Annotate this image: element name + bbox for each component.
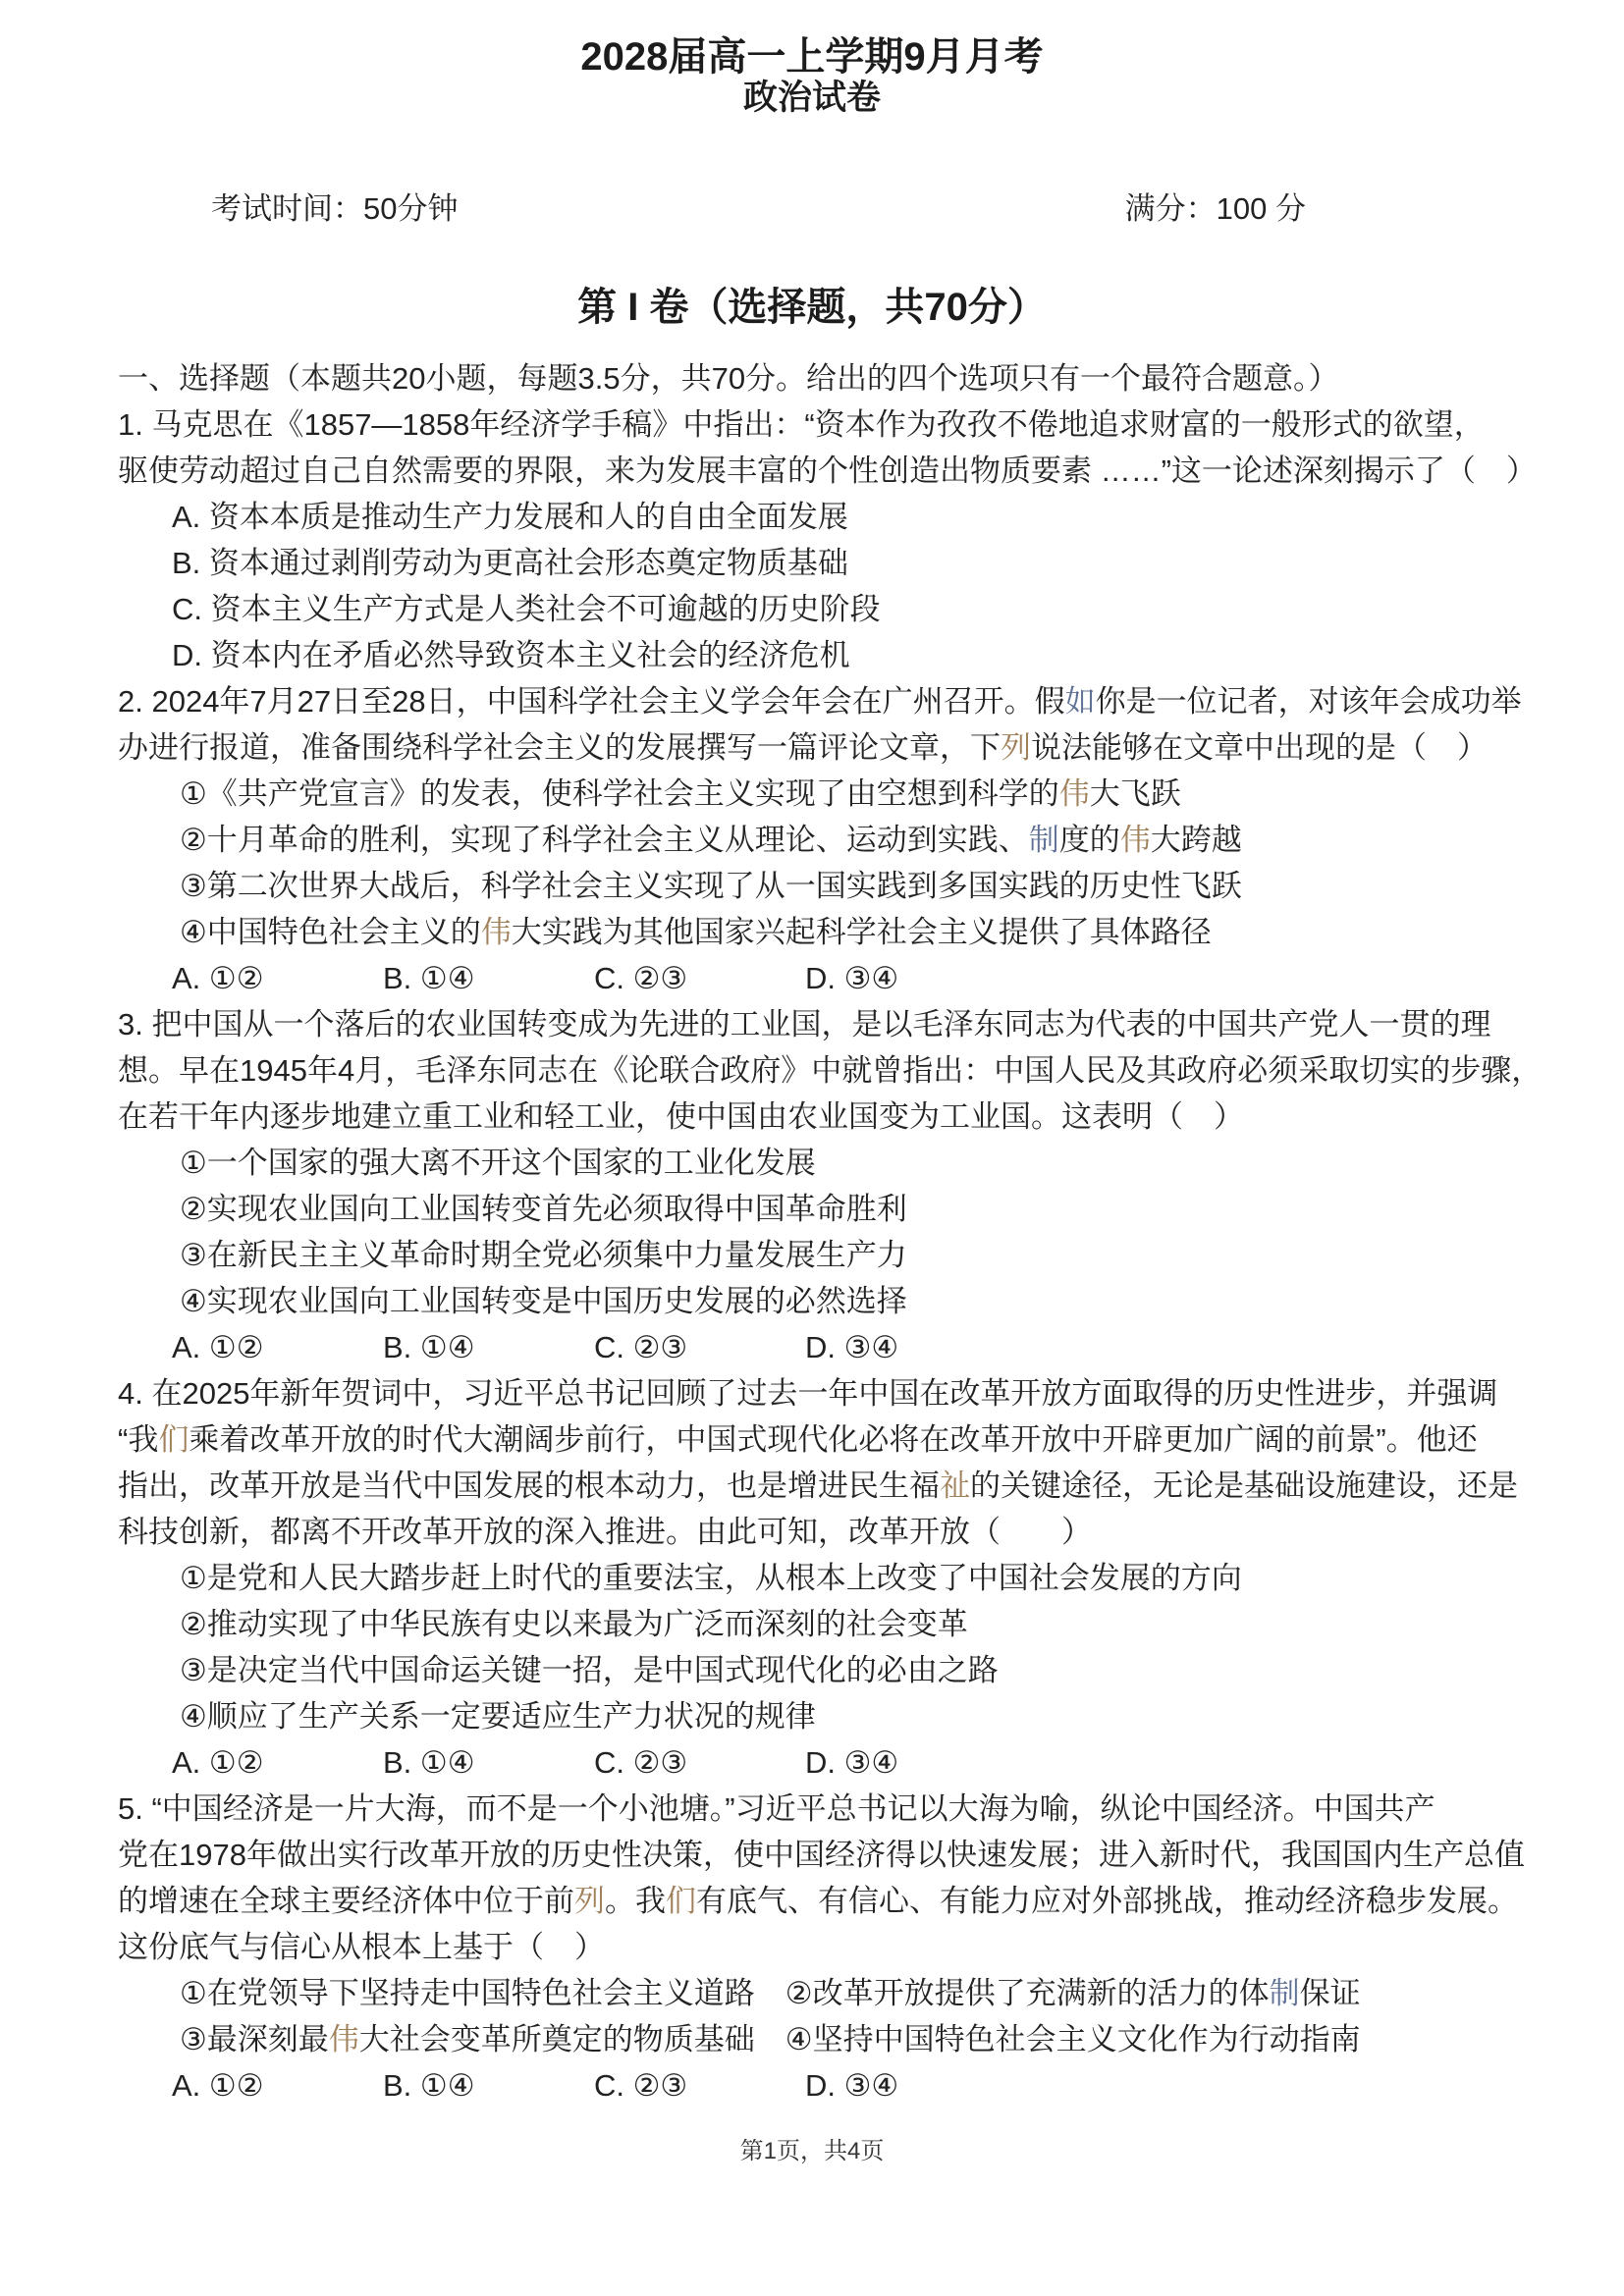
q1-option-c: C. 资本主义生产方式是人类社会不可逾越的历史阶段 bbox=[118, 586, 1506, 632]
q4-item-4: ④顺应了生产关系一定要适应生产力状况的规律 bbox=[118, 1693, 1506, 1739]
q2-stem-line-2: 办进行报道，准备围绕科学社会主义的发展撰写一篇评论文章，下列说法能够在文章中出现… bbox=[118, 724, 1506, 771]
q1-stem-line-2: 驱使劳动超过自己自然需要的界限，来为发展丰富的个性创造出物质要素 ……”这一论述… bbox=[118, 448, 1506, 494]
q5-stem-line-1: 5. “中国经济是一片大海，而不是一个小池塘。”习近平总书记以大海为喻，纵论中国… bbox=[118, 1786, 1506, 1832]
q2-item-2: ②十月革命的胜利，实现了科学社会主义从理论、运动到实践、制度的伟大跨越 bbox=[118, 817, 1506, 863]
q5-stem-line-4: 这份底气与信心从根本上基于（ ） bbox=[118, 1924, 1506, 1970]
q4-item-3: ③是决定当代中国命运关键一招，是中国式现代化的必由之路 bbox=[118, 1647, 1506, 1693]
exam-header: 2028届高一上学期9月月考 政治试卷 考试时间：50分钟 满分：100 分 第… bbox=[118, 35, 1506, 330]
page-footer: 第1页，共4页 bbox=[0, 2138, 1624, 2165]
q4-stem-line-2: “我们乘着改革开放的时代大潮阔步前行，中国式现代化必将在改革开放中开辟更加广阔的… bbox=[118, 1416, 1506, 1463]
q3-item-3: ③在新民主主义革命时期全党必须集中力量发展生产力 bbox=[118, 1232, 1506, 1278]
q5-stem-line-3: 的增速在全球主要经济体中位于前列。我们有底气、有信心、有能力应对外部挑战，推动经… bbox=[118, 1878, 1506, 1924]
section-title: 第 I 卷（选择题，共70分） bbox=[118, 285, 1506, 330]
q2-answer-options: A. ①②B. ①④C. ②③D. ③④ bbox=[118, 955, 1506, 1001]
q5-stem-line-2: 党在1978年做出实行改革开放的历史性决策，使中国经济得以快速发展；进入新时代，… bbox=[118, 1832, 1506, 1878]
q3-answer-options: A. ①②B. ①④C. ②③D. ③④ bbox=[118, 1324, 1506, 1370]
exam-duration: 考试时间：50分钟 bbox=[211, 192, 458, 226]
question-area: 一、选择题（本题共20小题，每题3.5分，共70分。给出的四个选项只有一个最符合… bbox=[118, 355, 1506, 2109]
q4-item-1: ①是党和人民大踏步赶上时代的重要法宝，从根本上改变了中国社会发展的方向 bbox=[118, 1555, 1506, 1601]
q2-item-3: ③第二次世界大战后，科学社会主义实现了从一国实践到多国实践的历史性飞跃 bbox=[118, 863, 1506, 909]
q5-answer-options: A. ①②B. ①④C. ②③D. ③④ bbox=[118, 2062, 1506, 2109]
q3-item-2: ②实现农业国向工业国转变首先必须取得中国革命胜利 bbox=[118, 1186, 1506, 1232]
q3-item-1: ①一个国家的强大离不开这个国家的工业化发展 bbox=[118, 1140, 1506, 1186]
q1-stem-line-1: 1. 马克思在《1857—1858年经济学手稿》中指出：“资本作为孜孜不倦地追求… bbox=[118, 401, 1506, 448]
exam-subtitle: 政治试卷 bbox=[118, 79, 1506, 118]
q1-option-b: B. 资本通过剥削劳动为更高社会形态奠定物质基础 bbox=[118, 540, 1506, 586]
q4-stem-line-3: 指出，改革开放是当代中国发展的根本动力，也是增进民生福祉的关键途径，无论是基础设… bbox=[118, 1463, 1506, 1509]
q2-stem-line-1: 2. 2024年7月27日至28日，中国科学社会主义学会年会在广州召开。假如你是… bbox=[118, 678, 1506, 724]
q3-item-4: ④实现农业国向工业国转变是中国历史发展的必然选择 bbox=[118, 1278, 1506, 1324]
q4-item-2: ②推动实现了中华民族有史以来最为广泛而深刻的社会变革 bbox=[118, 1601, 1506, 1647]
q5-items-1-2: ①在党领导下坚持走中国特色社会主义道路 ②改革开放提供了充满新的活力的体制保证 bbox=[118, 1970, 1506, 2016]
q1-option-a: A. 资本本质是推动生产力发展和人的自由全面发展 bbox=[118, 494, 1506, 540]
q4-stem-line-4: 科技创新，都离不开改革开放的深入推进。由此可知，改革开放（ ） bbox=[118, 1509, 1506, 1555]
exam-title: 2028届高一上学期9月月考 bbox=[118, 35, 1506, 79]
q2-item-4: ④中国特色社会主义的伟大实践为其他国家兴起科学社会主义提供了具体路径 bbox=[118, 909, 1506, 955]
q3-stem-line-1: 3. 把中国从一个落后的农业国转变成为先进的工业国，是以毛泽东同志为代表的中国共… bbox=[118, 1001, 1506, 1047]
exam-full-score: 满分：100 分 bbox=[1125, 192, 1306, 226]
exam-info-row: 考试时间：50分钟 满分：100 分 bbox=[118, 192, 1506, 226]
q4-answer-options: A. ①②B. ①④C. ②③D. ③④ bbox=[118, 1739, 1506, 1786]
exam-page: 2028届高一上学期9月月考 政治试卷 考试时间：50分钟 满分：100 分 第… bbox=[0, 0, 1624, 2296]
q5-items-3-4: ③最深刻最伟大社会变革所奠定的物质基础 ④坚持中国特色社会主义文化作为行动指南 bbox=[118, 2016, 1506, 2062]
q3-stem-line-2: 想。早在1945年4月，毛泽东同志在《论联合政府》中就曾指出：中国人民及其政府必… bbox=[118, 1047, 1506, 1094]
page-number: 第1页，共4页 bbox=[740, 2138, 885, 2164]
q4-stem-line-1: 4. 在2025年新年贺词中，习近平总书记回顾了过去一年中国在改革开放方面取得的… bbox=[118, 1370, 1506, 1416]
section-intro: 一、选择题（本题共20小题，每题3.5分，共70分。给出的四个选项只有一个最符合… bbox=[118, 355, 1506, 401]
q3-stem-line-3: 在若干年内逐步地建立重工业和轻工业，使中国由农业国变为工业国。这表明（ ） bbox=[118, 1094, 1506, 1140]
q1-option-d: D. 资本内在矛盾必然导致资本主义社会的经济危机 bbox=[118, 632, 1506, 678]
q2-item-1: ①《共产党宣言》的发表，使科学社会主义实现了由空想到科学的伟大飞跃 bbox=[118, 771, 1506, 817]
